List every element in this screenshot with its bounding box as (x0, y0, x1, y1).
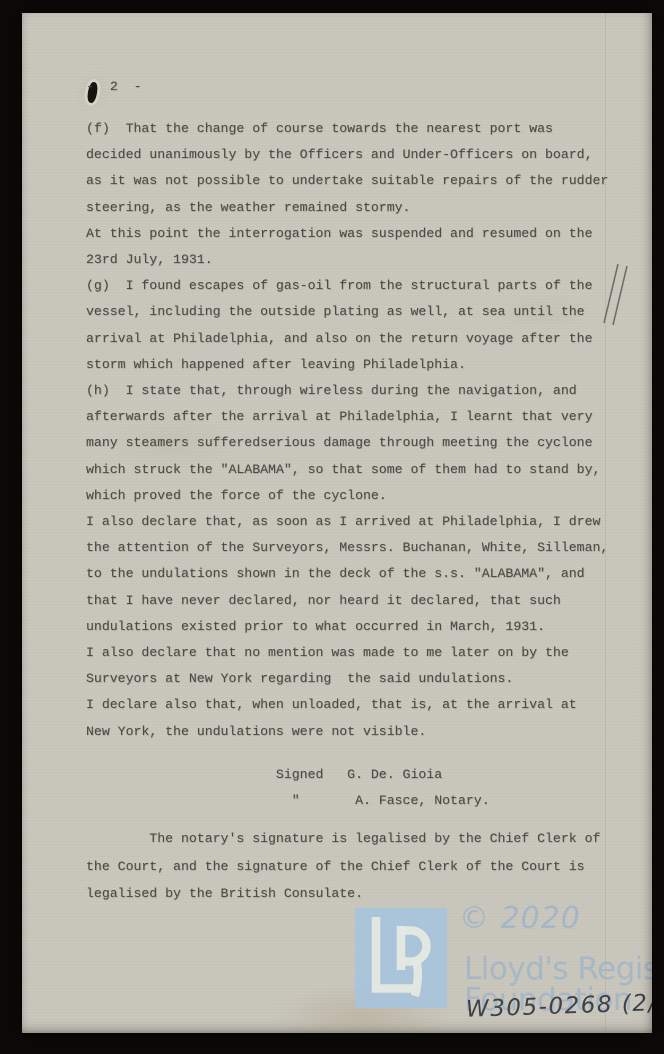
typewritten-line: the attention of the Surveyors, Messrs. … (86, 535, 608, 561)
notary-line: the Court, and the signature of the Chie… (86, 853, 600, 881)
watermark-org-name-line1: Lloyd's Register (464, 951, 652, 987)
typewritten-line: I also declare that no mention was made … (86, 640, 608, 666)
page-number: - 2 - (86, 79, 146, 94)
typewritten-line: to the undulations shown in the deck of … (86, 561, 608, 587)
typewritten-line: that I have never declared, nor heard it… (86, 588, 608, 614)
typewritten-line: which proved the force of the cyclone. (86, 483, 608, 509)
typewritten-line: steering, as the weather remained stormy… (86, 195, 608, 221)
handwritten-archive-reference: W305-0268 (2/2) (466, 989, 652, 1023)
signature-line: " A. Fasce, Notary. (86, 788, 490, 814)
typewritten-line: decided unanimously by the Officers and … (86, 142, 608, 168)
typewritten-line: At this point the interrogation was susp… (86, 221, 608, 247)
typewritten-line: (g) I found escapes of gas-oil from the … (86, 273, 608, 299)
signature-line: Signed G. De. Gioia (86, 762, 490, 788)
typewritten-line: I declare also that, when unloaded, that… (86, 692, 608, 718)
notary-line: legalised by the British Consulate. (86, 880, 600, 908)
typewritten-line: which struck the "ALABAMA", so that some… (86, 457, 608, 483)
typewritten-line: (f) That the change of course towards th… (86, 116, 608, 142)
scanned-document-view: - 2 - (f) That the change of course towa… (0, 0, 664, 1054)
typewritten-line: as it was not possible to undertake suit… (86, 168, 608, 194)
notary-line: The notary's signature is legalised by t… (86, 825, 600, 853)
typewritten-body: (f) That the change of course towards th… (86, 116, 608, 745)
typewritten-line: storm which happened after leaving Phila… (86, 352, 608, 378)
typewritten-line: arrival at Philadelphia, and also on the… (86, 326, 608, 352)
typewritten-line: afterwards after the arrival at Philadel… (86, 404, 608, 430)
double-slash-margin-mark (598, 261, 632, 329)
notary-paragraph: The notary's signature is legalised by t… (86, 825, 600, 908)
typewritten-line: vessel, including the outside plating as… (86, 299, 608, 325)
typewritten-line: New York, the undulations were not visib… (86, 719, 608, 745)
signature-block: Signed G. De. Gioia " A. Fasce, Notary. (86, 762, 490, 814)
typewritten-line: 23rd July, 1931. (86, 247, 608, 273)
typewritten-line: undulations existed prior to what occurr… (86, 614, 608, 640)
typewritten-line: many steamers sufferedserious damage thr… (86, 430, 608, 456)
document-page: - 2 - (f) That the change of course towa… (22, 13, 652, 1033)
typewritten-line: I also declare that, as soon as I arrive… (86, 509, 608, 535)
lloyds-register-logo-icon (355, 908, 447, 1008)
typewritten-line: (h) I state that, through wireless durin… (86, 378, 608, 404)
typewritten-line: Surveyors at New York regarding the said… (86, 666, 608, 692)
